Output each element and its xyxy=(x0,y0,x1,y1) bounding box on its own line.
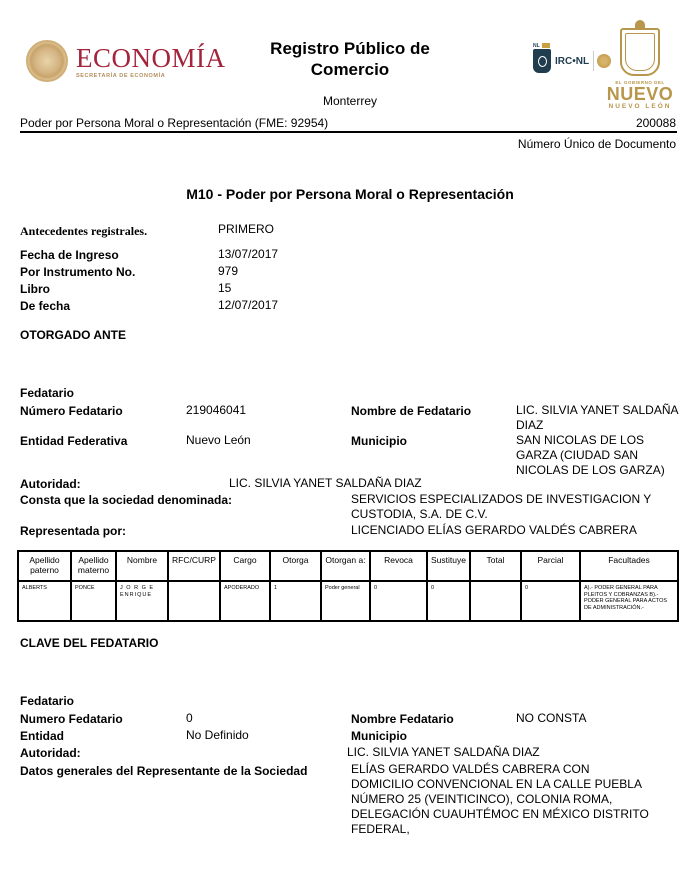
representada-value: LICENCIADO ELÍAS GERARDO VALDÉS CABRERA xyxy=(351,523,637,538)
table-row: ALBERTSPONCEJ O R G E ENRIQUEAPODERADO1P… xyxy=(18,581,678,621)
clave-nombre-value: NO CONSTA xyxy=(516,711,586,726)
column-header: Apellido materno xyxy=(71,551,116,581)
clave-numero-value: 0 xyxy=(186,711,193,726)
clave-autoridad-label: Autoridad: xyxy=(20,746,81,760)
numero-fedatario-value: 219046041 xyxy=(186,403,246,418)
irc-logo-text: IRC•NL xyxy=(555,56,589,67)
representada-label: Representada por: xyxy=(20,524,126,538)
fecha-ingreso-value: 13/07/2017 xyxy=(218,247,278,262)
entidad-federativa-value: Nuevo León xyxy=(186,433,251,448)
antecedentes-label: Antecedentes registrales. xyxy=(20,224,147,239)
nuevo-leon-logo: EL GOBIERNO DEL NUEVO NUEVO LEÓN xyxy=(604,20,676,110)
column-header: Otorga xyxy=(270,551,321,581)
clave-municipio-label: Municipio xyxy=(351,729,407,743)
de-fecha-value: 12/07/2017 xyxy=(218,298,278,313)
facultades-table: Apellido paternoApellido maternoNombreRF… xyxy=(17,550,679,622)
column-header: Revoca xyxy=(370,551,427,581)
libro-label: Libro xyxy=(20,282,50,296)
libro-value: 15 xyxy=(218,281,231,296)
clave-entidad-label: Entidad xyxy=(20,729,64,743)
table-body: ALBERTSPONCEJ O R G E ENRIQUEAPODERADO1P… xyxy=(18,581,678,621)
column-header: Cargo xyxy=(220,551,270,581)
table-cell: A).- PODER GENERAL PARA PLEITOS Y COBRAN… xyxy=(580,581,678,621)
column-header: Nombre xyxy=(116,551,168,581)
clave-fedatario-heading: CLAVE DEL FEDATARIO xyxy=(20,636,158,650)
nuevo-leon-crest-icon xyxy=(620,28,660,76)
datos-representante-value: ELÍAS GERARDO VALDÉS CABRERA CON DOMICIL… xyxy=(351,762,651,837)
autoridad-label: Autoridad: xyxy=(20,477,81,491)
municipio-value: SAN NICOLAS DE LOS GARZA (CIUDAD SAN NIC… xyxy=(516,433,676,478)
de-fecha-label: De fecha xyxy=(20,299,70,313)
document-title: Registro Público de Comercio xyxy=(230,38,470,80)
document-number-label: Número Único de Documento xyxy=(518,137,676,151)
table-cell: 0 xyxy=(427,581,470,621)
table-cell xyxy=(470,581,521,621)
table-cell: ALBERTS xyxy=(18,581,71,621)
nombre-fedatario-label: Nombre de Fedatario xyxy=(351,404,471,418)
table-cell: 0 xyxy=(370,581,427,621)
economia-logo: ECONOMÍA SECRETARÍA DE ECONOMÍA xyxy=(26,40,226,82)
clave-nombre-label: Nombre Fedatario xyxy=(351,712,454,726)
entidad-federativa-label: Entidad Federativa xyxy=(20,434,127,448)
table-cell: J O R G E ENRIQUE xyxy=(116,581,168,621)
economia-logo-title: ECONOMÍA xyxy=(76,44,226,72)
instrumento-value: 979 xyxy=(218,264,238,279)
mexico-eagle-seal-icon xyxy=(26,40,68,82)
logo-divider xyxy=(593,51,594,71)
column-header: Apellido paterno xyxy=(18,551,71,581)
table-cell: Poder general xyxy=(321,581,370,621)
table-cell xyxy=(168,581,220,621)
antecedentes-value: PRIMERO xyxy=(218,222,274,237)
instrumento-label: Por Instrumento No. xyxy=(20,265,135,279)
column-header: Sustituye xyxy=(427,551,470,581)
column-header: Otorgan a: xyxy=(321,551,370,581)
fecha-ingreso-label: Fecha de Ingreso xyxy=(20,248,119,262)
consta-value: SERVICIOS ESPECIALIZADOS DE INVESTIGACIO… xyxy=(351,492,661,522)
header-divider xyxy=(20,131,677,133)
otorgado-ante-heading: OTORGADO ANTE xyxy=(20,328,126,342)
economia-logo-subtitle: SECRETARÍA DE ECONOMÍA xyxy=(76,73,226,79)
irc-nl-logo: IRC•NL xyxy=(533,43,611,73)
clave-entidad-value: No Definido xyxy=(186,728,249,743)
table-cell: 1 xyxy=(270,581,321,621)
datos-representante-label: Datos generales del Representante de la … xyxy=(20,764,307,778)
column-header: Parcial xyxy=(521,551,580,581)
fedatario-heading: Fedatario xyxy=(20,386,74,400)
autoridad-value: LIC. SILVIA YANET SALDAÑA DIAZ xyxy=(229,476,422,491)
column-header: Total xyxy=(470,551,521,581)
table-cell: 0 xyxy=(521,581,580,621)
table-cell: APODERADO xyxy=(220,581,270,621)
city: Monterrey xyxy=(230,94,470,108)
table-header-row: Apellido paternoApellido maternoNombreRF… xyxy=(18,551,678,581)
municipio-label: Municipio xyxy=(351,434,407,448)
column-header: RFC/CURP xyxy=(168,551,220,581)
consta-label: Consta que la sociedad denominada: xyxy=(20,493,232,507)
column-header: Facultades xyxy=(580,551,678,581)
document-number: 200088 xyxy=(636,116,676,130)
nl-logo-line2: NUEVO xyxy=(604,85,676,103)
document-type: Poder por Persona Moral o Representación… xyxy=(20,116,328,130)
nl-logo-line3: NUEVO LEÓN xyxy=(604,103,676,110)
section-title: M10 - Poder por Persona Moral o Represen… xyxy=(0,186,700,202)
clave-numero-label: Numero Fedatario xyxy=(20,712,123,726)
numero-fedatario-label: Número Fedatario xyxy=(20,404,123,418)
clave-fedatario-subheading: Fedatario xyxy=(20,694,74,708)
clave-autoridad-value: LIC. SILVIA YANET SALDAÑA DIAZ xyxy=(347,745,540,760)
nombre-fedatario-value: LIC. SILVIA YANET SALDAÑA DIAZ xyxy=(516,403,681,433)
irc-shield-icon xyxy=(533,49,551,73)
table-cell: PONCE xyxy=(71,581,116,621)
